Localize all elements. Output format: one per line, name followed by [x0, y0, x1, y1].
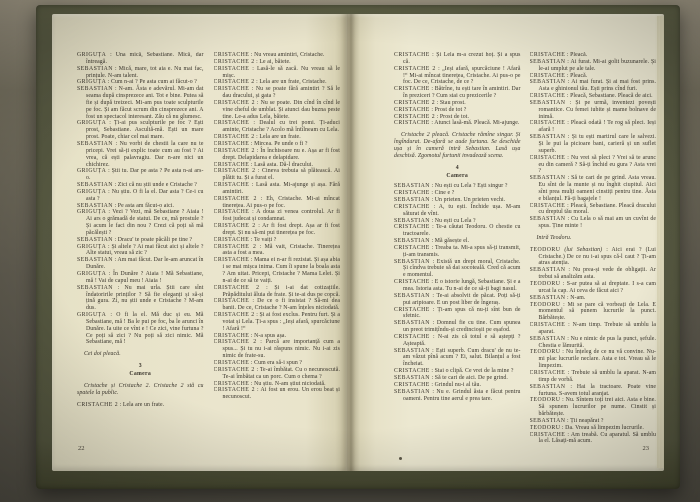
dialogue-line: CRISTACHE : Pleacă.: [530, 52, 657, 59]
speaker-name: GRIGUȚA: [77, 271, 106, 277]
open-book: GRIGUȚA : Una mică, Sebastiane. Mică, da…: [36, 5, 680, 489]
speaker-name: SEBASTIAN: [77, 285, 113, 291]
dialogue-line: CRISTACHE : Nu se poate fără amintiri ? …: [214, 86, 341, 100]
speaker-name: SEBASTIAN: [77, 203, 113, 209]
speaker-name: CRISTACHE: [214, 237, 250, 243]
dialogue-line: SEBASTIAN : Ai mai furat. Și ai mai fost…: [530, 79, 657, 93]
speaker-name: CRISTACHE: [394, 307, 430, 313]
dialogue-line: SEBASTIAN : Să te cari de aici. De pe gr…: [394, 375, 521, 382]
speaker-name: SEBASTIAN: [530, 216, 566, 222]
dialogue-line: GRIGUȚA : Știi tu. Dar pe asta ? Pe asta…: [77, 168, 204, 182]
dialogue-line: CRISTACHE : E o istorie lungă, Sebastian…: [394, 279, 521, 293]
speaker-name: GRIGUȚA: [77, 209, 106, 215]
speaker-name: SEBASTIAN: [394, 218, 430, 224]
page-right-column-1: CRISTACHE : Și Lela m-a crezut hoț. Și a…: [394, 52, 521, 448]
dialogue-line: SEBASTIAN : Nu e nimic de pus la punct, …: [530, 336, 657, 350]
dialogue-line: SEBASTIAN : Nu ești cu Lela ? Ești singu…: [394, 183, 521, 190]
dialogue-line: SEBASTIAN : Nu prea-și vede de obligații…: [530, 267, 657, 281]
speaker-name: SEBASTIAN: [77, 182, 113, 188]
dialogue-line: CRISTACHE 2 : Ai fost un erou. Un erou b…: [214, 387, 341, 401]
speaker-name: SEBASTIAN: [77, 66, 113, 72]
page-left-column-1: GRIGUȚA : Una mică, Sebastiane. Mică, da…: [77, 52, 204, 448]
speaker-name: CRISTACHE: [530, 155, 566, 161]
dialogue-line: CRISTACHE : Stai o clipă. Ce vrei de la …: [394, 368, 521, 375]
scene-title: Camera: [77, 371, 204, 378]
dialogue-line: CRISTACHE 2 : În închisoare nu e. Așa ar…: [214, 148, 341, 162]
stage-direction: Intră Teodoru.: [530, 235, 657, 242]
speaker-name: CRISTACHE: [214, 298, 250, 304]
speaker-name: CRISTACHE: [530, 322, 566, 328]
dialogue-line: SEBASTIAN : Ești superb. Cum dracu' de n…: [394, 348, 521, 369]
speaker-name: CRISTACHE: [214, 86, 250, 92]
dialogue-line: SEBASTIAN : Există un drept moral, Crist…: [394, 259, 521, 280]
dialogue-line: SEBASTIAN : Nu ești cu Lela ?: [394, 218, 521, 225]
dialogue-line: SEBASTIAN : Cu Lela o să mai am un cuvîn…: [530, 216, 657, 230]
page-left: GRIGUȚA : Una mică, Sebastiane. Mică, da…: [52, 14, 347, 471]
speaker-name: CRISTACHE: [394, 52, 430, 58]
speaker-name: CRISTACHE 2: [214, 312, 255, 318]
dialogue-line: CRISTACHE : Mircea. Pe unde o fi ?: [214, 141, 341, 148]
dialogue-line: GRIGUȚA : Nu știu. O fi la el. Dar asta …: [77, 189, 204, 203]
speaker-name: CRISTACHE: [214, 162, 250, 168]
speaker-name: CRISTACHE 2: [214, 339, 257, 345]
dialogue-line: CRISTACHE : N-am timp. Trebuie să umblu …: [530, 322, 657, 336]
page-edge-stack: [657, 16, 664, 468]
dialogue-line: CRISTACHE : Lasă asta. Dă-l dracului.: [214, 162, 341, 169]
speaker-name: CRISTACHE: [394, 120, 430, 126]
speaker-name: SEBASTIAN: [77, 86, 113, 92]
dialogue-line: SEBASTIAN : Să te cari de pe grind. Asta…: [530, 175, 657, 202]
speaker-name: CRISTACHE: [530, 120, 566, 126]
dialogue-line: CRISTACHE : Bătrîne, tu ești tare în ami…: [394, 86, 521, 100]
speaker-name: GRIGUȚA: [77, 52, 106, 58]
speaker-name: CRISTACHE: [214, 120, 250, 126]
dialogue-line: CRISTACHE 2 : Și i-ai dat cotizațiile. P…: [214, 285, 341, 299]
dialogue-line: SEBASTIAN : Hai la tractoare. Poate vine…: [530, 384, 657, 398]
speaker-name: SEBASTIAN: [530, 418, 566, 424]
speaker-name: CRISTACHE: [214, 209, 250, 215]
speaker-name: CRISTACHE: [394, 279, 430, 285]
dialogue-line: CRISTACHE : Te vaiți ?: [214, 237, 341, 244]
speaker-name: CRISTACHE 2: [214, 79, 255, 85]
dialogue-line: CRISTACHE : Prost de tot ?: [394, 107, 521, 114]
speaker-name: SEBASTIAN: [394, 259, 430, 265]
speaker-name: TEODORU: [530, 397, 561, 403]
speaker-name: CRISTACHE 2: [214, 134, 255, 140]
dialogue-line: CRISTACHE : N-a spus așa.: [214, 333, 341, 340]
speaker-name: SEBASTIAN: [530, 384, 566, 390]
speaker-name: TEODORU: [530, 281, 561, 287]
dialogue-line: CRISTACHE : Pleacă, Sebastiane. Pleacă d…: [530, 93, 657, 100]
scene-number: 3: [77, 363, 204, 370]
speaker-name: CRISTACHE: [530, 432, 566, 438]
speaker-name: SEBASTIAN: [77, 237, 113, 243]
dialogue-line: CRISTACHE 2 : „Ieși afară, spurcăciune !…: [394, 66, 521, 87]
dialogue-line: SEBASTIAN : Și tu ești martirul care le …: [530, 134, 657, 155]
speaker-name: SEBASTIAN: [394, 197, 430, 203]
speaker-name: CRISTACHE 2: [394, 114, 435, 120]
speaker-name: GRIGUȚA: [77, 189, 106, 195]
dialogue-line: SEBASTIAN : Nu e. Grindul ăsta e făcut p…: [394, 389, 521, 403]
dialogue-line: SEBASTIAN : Mă găsește el.: [394, 238, 521, 245]
dialogue-line: SEBASTIAN : Nu mai urla. Știi care sînt …: [77, 285, 204, 312]
speaker-name: SEBASTIAN: [394, 293, 430, 299]
speaker-name: GRIGUȚA: [77, 312, 106, 318]
dialogue-line: SEBASTIAN : Dracu' te poate păcăli pe ti…: [77, 237, 204, 244]
page-right-column-2: CRISTACHE : Pleacă.SEBASTIAN : Ai furat.…: [530, 52, 657, 448]
dialogue-line: TEODORU : Da. Vreau să limpezim lucruril…: [530, 425, 657, 432]
speaker-name: GRIGUȚA: [77, 244, 106, 250]
speaker-name: CRISTACHE: [394, 382, 430, 388]
speaker-name: CRISTACHE 2: [214, 148, 255, 154]
speaker-name: GRIGUȚA: [77, 79, 106, 85]
dialogue-line: SEBASTIAN : Pe asta am făcut-o aici.: [77, 203, 204, 210]
dialogue-line: SEBASTIAN : Un prieten. Un prieten vechi…: [394, 197, 521, 204]
speaker-name: CRISTACHE: [394, 204, 430, 210]
speaker-name: SEBASTIAN: [394, 348, 430, 354]
page-left-column-2: CRISTACHE : Nu vreau amintiri, Cristache…: [214, 52, 341, 448]
dialogue-line: CRISTACHE : Și Lela m-a crezut hoț. Și a…: [394, 52, 521, 66]
speaker-name: GRIGUȚA: [77, 168, 106, 174]
dialogue-line: SEBASTIAN : Mică, mare, tot aia e. Nu ma…: [77, 66, 204, 80]
dialogue-line: GRIGUȚA : În Dunăre ? Aiaia ! Mă Sebasti…: [77, 271, 204, 285]
speaker-name: SEBASTIAN: [394, 375, 430, 381]
page-number-right: 23: [643, 445, 650, 452]
speaker-name: SEBASTIAN: [530, 59, 566, 65]
dialogue-line: CRISTACHE : Pleacă, Sebastiane. Pleacă d…: [530, 203, 657, 217]
speaker-name: SEBASTIAN: [530, 336, 566, 342]
page-right-text: CRISTACHE : Și Lela m-a crezut hoț. Și a…: [394, 52, 656, 448]
speaker-name: CRISTACHE: [530, 93, 566, 99]
dialogue-line: GRIGUȚA : Și altele ? Ai mai făcut aici …: [77, 244, 204, 258]
speaker-name: CRISTACHE: [214, 381, 250, 387]
dialogue-line: CRISTACHE 2 : Prost de tot.: [394, 114, 521, 121]
speaker-name: TEODORU: [530, 425, 561, 431]
page-number-left: 22: [78, 445, 85, 452]
dialogue-line: SEBASTIAN : Te-ai absolvit de păcat. Poț…: [394, 293, 521, 307]
speaker-name: CRISTACHE: [214, 141, 250, 147]
dialogue-line: SEBASTIAN : Domnul fie cu tine. Cum spun…: [394, 320, 521, 334]
ink-speck: [399, 457, 402, 460]
dialogue-line: CRISTACHE : Atunci lasă-mă. Pleacă. Mi-a…: [394, 120, 521, 127]
dialogue-line: CRISTACHE : Treaba ta. Mi-a spus să-ți t…: [394, 245, 521, 259]
speaker-name: CRISTACHE: [214, 182, 250, 188]
stage-direction: Cei doi pleacă.: [77, 351, 204, 358]
speaker-name: CRISTACHE: [214, 360, 250, 366]
dialogue-line: GRIGUȚA : Ți-ai pus sculpturile pe foc ?…: [77, 120, 204, 141]
dialogue-line: CRISTACHE : Cum era să-i spun ?: [214, 360, 341, 367]
speaker-name: CRISTACHE 2: [214, 196, 257, 202]
speaker-name: CRISTACHE 2: [394, 66, 436, 72]
scene-title: Camera: [394, 173, 521, 180]
speaker-name: CRISTACHE 2: [394, 100, 435, 106]
speaker-name: SEBASTIAN: [530, 295, 566, 301]
dialogue-line: TEODORU : Nu. Sîntem toți trei aici. Ast…: [530, 397, 657, 418]
dialogue-line: CRISTACHE 2 : Ar fi fost drept. Așa ar f…: [214, 223, 341, 237]
dialogue-line: CRISTACHE 2 : Parcă are importanță cum a…: [214, 339, 341, 360]
speaker-name: SEBASTIAN: [530, 100, 566, 106]
dialogue-line: CRISTACHE : Trebuie să umblu la aparat. …: [530, 370, 657, 384]
speaker-name: CRISTACHE 2: [214, 367, 255, 373]
speaker-name: CRISTACHE: [394, 245, 430, 251]
dialogue-line: SEBASTIAN : N-am.: [530, 295, 657, 302]
speaker-name: CRISTACHE 2: [214, 223, 256, 229]
dialogue-line: CRISTACHE : Nu vrei să pleci ? Vrei să t…: [530, 155, 657, 176]
speaker-name: CRISTACHE 2: [77, 402, 118, 408]
dialogue-line: GRIGUȚA : O fi la el. Mă duc și eu. Mă S…: [77, 312, 204, 346]
speaker-name: CRISTACHE: [214, 333, 250, 339]
speaker-name: SEBASTIAN: [530, 175, 566, 181]
scene-number: 4: [394, 165, 521, 172]
speaker-name: CRISTACHE: [394, 334, 430, 340]
dialogue-line: SEBASTIAN : Ai furat. Mi-ai golit buzuna…: [530, 59, 657, 73]
dialogue-line: CRISTACHE 2 : Nu se poate. Din cînd în c…: [214, 100, 341, 121]
dialogue-line: CRISTACHE : Ți-am spus că nu-ți sînt bun…: [394, 307, 521, 321]
dialogue-line: CRISTACHE 2 : Le ai, băiete.: [214, 59, 341, 66]
dialogue-line: TEODORU : Nu înțeleg de ce nu vă convine…: [530, 349, 657, 370]
speaker-name: CRISTACHE 2: [214, 387, 256, 393]
dialogue-line: CRISTACHE : Cine e ?: [394, 190, 521, 197]
dialogue-line: CRISTACHE 2 : Lela are un frate.: [214, 134, 341, 141]
speaker-name: SEBASTIAN: [530, 134, 566, 140]
speaker-name: TEODORU: [530, 247, 561, 253]
dialogue-line: TEODORU (lui Sebastian) : Aici erai ? (L…: [530, 247, 657, 268]
dialogue-line: CRISTACHE : N-ai zis că totul e să aștep…: [394, 334, 521, 348]
dialogue-line: SEBASTIAN : Nu vorbi de chestii la care …: [77, 141, 204, 168]
dialogue-line: SEBASTIAN : Am mai făcut. Dar le-am arun…: [77, 257, 204, 271]
dialogue-line: CRISTACHE : Lasă-le să zacă. Nu vreau să…: [214, 66, 341, 80]
dialogue-line: CRISTACHE : Nu vreau amintiri, Cristache…: [214, 52, 341, 59]
speaker-name: CRISTACHE: [394, 107, 430, 113]
dialogue-line: TEODORU : Mi se pare că vorbeați de Lela…: [530, 302, 657, 323]
speaker-name: GRIGUȚA: [77, 120, 106, 126]
speaker-name: CRISTACHE 2: [214, 168, 256, 174]
dialogue-line: CRISTACHE 2 : Te-ai îmbătat. Cu o necuno…: [214, 367, 341, 381]
speaker-name: CRISTACHE 2: [214, 100, 255, 106]
speaker-name: CRISTACHE: [214, 52, 250, 58]
speaker-name: CRISTACHE 2: [214, 285, 260, 291]
dialogue-line: CRISTACHE : Lasă asta. Mi-ajunge și așa.…: [214, 182, 341, 196]
speaker-name: SEBASTIAN: [77, 257, 113, 263]
speaker-name: SEBASTIAN: [394, 238, 430, 244]
speaker-name: CRISTACHE: [394, 86, 430, 92]
speaker-name: CRISTACHE 2: [214, 59, 255, 65]
book-spread: GRIGUȚA : Una mică, Sebastiane. Mică, da…: [52, 14, 664, 471]
stage-direction: Cristache 2 pleacă. Cristache rămîne sin…: [394, 132, 521, 159]
dialogue-line: GRIGUȚA : Una mică, Sebastiane. Mică, da…: [77, 52, 204, 66]
speaker-name: SEBASTIAN: [530, 79, 566, 85]
dialogue-line: CRISTACHE 2 : Stau prost.: [394, 100, 521, 107]
dialogue-line: CRISTACHE : De ce o fi insistat ? Să-mi …: [214, 298, 341, 312]
dialogue-line: TEODORU : S-ar putea să ai dreptate. I s…: [530, 281, 657, 295]
speaker-name: TEODORU: [530, 349, 561, 355]
dialogue-line: CRISTACHE : Pleacă odată ! Te rog să ple…: [530, 120, 657, 134]
page-left-text: GRIGUȚA : Una mică, Sebastiane. Mică, da…: [77, 52, 340, 448]
speaker-name: CRISTACHE: [530, 52, 566, 58]
speaker-name: SEBASTIAN: [394, 389, 430, 395]
dialogue-line: SEBASTIAN : Zici că nu știi unde e Crist…: [77, 182, 204, 189]
stage-direction: Cristache și Cristache 2. Cristache 2 st…: [77, 383, 204, 397]
speaker-name: CRISTACHE 2: [214, 244, 257, 250]
speaker-name: CRISTACHE: [394, 224, 430, 230]
dialogue-line: CRISTACHE : A, tu ești. Închide ușa. M-a…: [394, 204, 521, 218]
dialogue-line: SEBASTIAN : Ții neapărat ?: [530, 418, 657, 425]
speaker-name: CRISTACHE: [214, 66, 250, 72]
stage-parenthetical: (lui Sebastian): [560, 247, 602, 253]
dialogue-line: CRISTACHE 2 : Mă vait, Cristache. Tinere…: [214, 244, 341, 258]
speaker-name: SEBASTIAN: [530, 267, 566, 273]
dialogue-line: CRISTACHE : Am treabă. Cu aparatul. Să u…: [530, 432, 657, 446]
speaker-name: SEBASTIAN: [394, 183, 430, 189]
dialogue-line: CRISTACHE : Dealul cu trei pomi. Ți-aduc…: [214, 120, 341, 134]
dialogue-line: CRISTACHE 2 : Eh, Cristache. Mi-ai mînca…: [214, 196, 341, 210]
dialogue-line: CRISTACHE 2 : Cineva trebuia să plăteasc…: [214, 168, 341, 182]
speaker-name: CRISTACHE: [214, 257, 250, 263]
dialogue-line: CRISTACHE : A doua zi venea controlul. A…: [214, 209, 341, 223]
dialogue-line: CRISTACHE : Grindul nu-i al tău.: [394, 382, 521, 389]
dialogue-line: CRISTACHE 2 : Lela are un frate.: [77, 402, 204, 409]
speaker-name: SEBASTIAN: [394, 320, 430, 326]
dialogue-line: CRISTACHE : Te-a căutat Teodoru. O chest…: [394, 224, 521, 238]
speaker-name: CRISTACHE: [530, 370, 566, 376]
dialogue-line: SEBASTIAN : N-am. Ăsta e adevărul. Mi-am…: [77, 86, 204, 120]
speaker-name: CRISTACHE: [530, 73, 566, 79]
dialogue-line: SEBASTIAN : Și pe urmă, inventezi poveșt…: [530, 100, 657, 121]
speaker-name: CRISTACHE: [394, 190, 430, 196]
speaker-name: SEBASTIAN: [77, 141, 113, 147]
dialogue-line: GRIGUȚA : Vezi ? Vezi, mă Sebastiane ? A…: [77, 209, 204, 236]
speaker-name: CRISTACHE: [530, 203, 566, 209]
page-right: CRISTACHE : Și Lela m-a crezut hoț. Și a…: [347, 14, 664, 471]
dialogue-line: CRISTACHE 2 : Și ai fost exclus. Pentru …: [214, 312, 341, 333]
dialogue-line: CRISTACHE : Mama ei n-ar fi rezistat. Și…: [214, 257, 341, 284]
speaker-name: TEODORU: [530, 302, 561, 308]
speaker-name: CRISTACHE: [394, 368, 430, 374]
